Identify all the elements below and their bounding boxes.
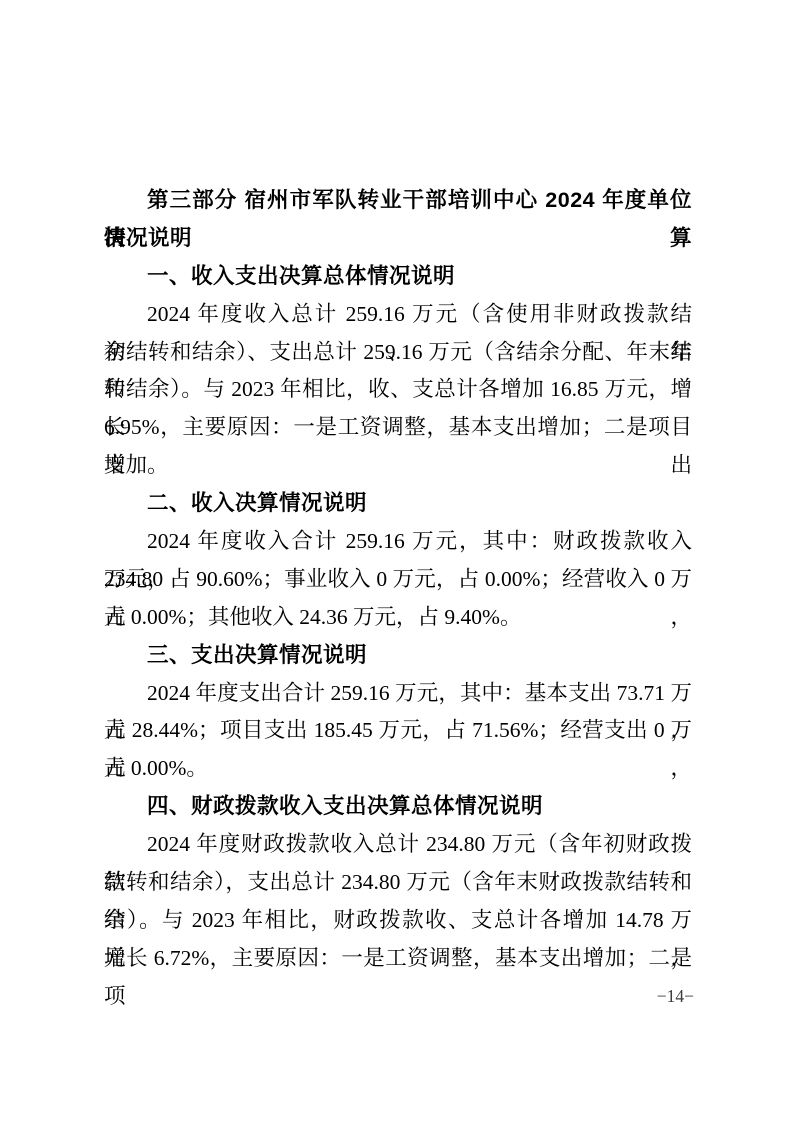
document-title-line-1: 第三部分 宿州市军队转业干部培训中心 2024 年度单位决算 [104,182,692,220]
page-number: −14− [657,986,694,1006]
section-4-paragraph-line: 增长 6.72%，主要原因：一是工资调整，基本支出增加；二是项 [104,940,692,978]
document-page: 第三部分 宿州市军队转业干部培训中心 2024 年度单位决算 情况说明 一、收入… [0,0,793,1122]
section-1-paragraph-line: 和结余）。与 2023 年相比，收、支总计各增加 16.85 万元，增长 [104,371,692,409]
section-3-paragraph-line: 2024 年度支出合计 259.16 万元，其中：基本支出 73.71 万元， [104,675,692,713]
section-2-paragraph-line: 万元，占 90.60%；事业收入 0 万元，占 0.00%；经营收入 0 万元， [104,561,692,599]
section-2-paragraph-line: 2024 年度收入合计 259.16 万元，其中：财政拨款收入 234.80 [104,523,692,561]
section-3-heading: 三、支出决算情况说明 [104,637,692,675]
section-1-paragraph-line: 6.95%，主要原因：一是工资调整，基本支出增加；二是项目支出 [104,409,692,447]
section-1-heading: 一、收入支出决算总体情况说明 [104,258,692,296]
section-4-heading: 四、财政拨款收入支出决算总体情况说明 [104,788,692,826]
section-3-paragraph-line: 占 28.44%；项目支出 185.45 万元，占 71.56%；经营支出 0 … [104,712,692,750]
section-2-heading: 二、收入决算情况说明 [104,485,692,523]
section-4-paragraph-line: 结转和结余），支出总计 234.80 万元（含年末财政拨款结转和结 [104,864,692,902]
document-content: 第三部分 宿州市军队转业干部培训中心 2024 年度单位决算 情况说明 一、收入… [104,182,692,978]
section-4-paragraph-line: 2024 年度财政拨款收入总计 234.80 万元（含年初财政拨款 [104,826,692,864]
section-4-paragraph-line: 余）。与 2023 年相比，财政拨款收、支总计各增加 14.78 万元， [104,902,692,940]
section-1-paragraph-line: 初结转和结余）、支出总计 259.16 万元（含结余分配、年末结转 [104,334,692,372]
section-1-paragraph-line: 2024 年度收入总计 259.16 万元（含使用非财政拨款结余、年 [104,296,692,334]
